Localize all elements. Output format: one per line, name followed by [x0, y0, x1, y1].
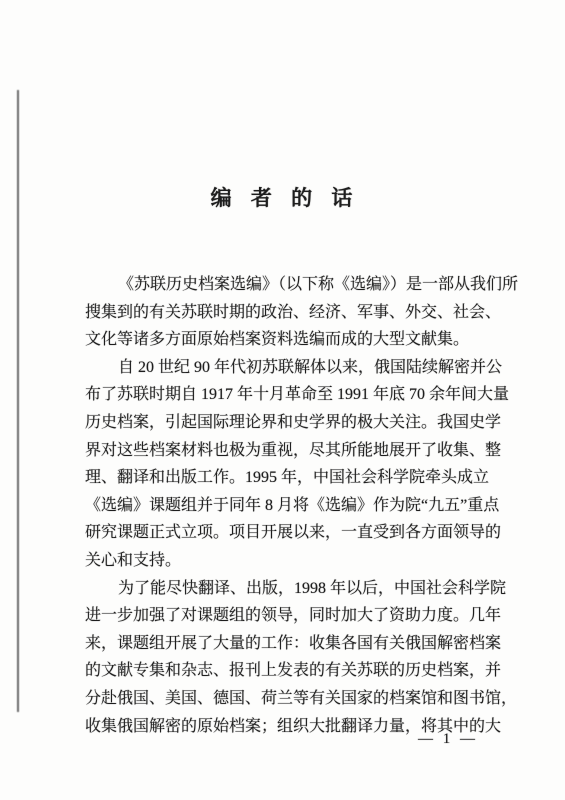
page-title: 编 者 的 话	[85, 182, 485, 212]
text-line: 自 20 世纪 90 年代初苏联解体以来，俄国陆续解密并公	[85, 354, 486, 382]
text-line: 理、翻译和出版工作。1995 年，中国社会科学院牵头成立	[85, 464, 486, 492]
book-page: 编 者 的 话 《苏联历史档案选编》（以下称《选编》）是一部从我们所搜集到的有关…	[0, 0, 565, 800]
text-line: 分赴俄国、美国、德国、荷兰等有关国家的档案馆和图书馆，	[85, 685, 486, 713]
text-line: 关心和支持。	[85, 547, 486, 575]
text-line: 研究课题正式立项。项目开展以来，一直受到各方面领导的	[85, 519, 486, 547]
text-line: 的文献专集和杂志、报刊上发表的有关苏联的历史档案，并	[85, 657, 486, 685]
text-line: 为了能尽快翻译、出版，1998 年以后，中国社会科学院	[85, 575, 486, 603]
body-text: 《苏联历史档案选编》（以下称《选编》）是一部从我们所搜集到的有关苏联时期的政治、…	[85, 271, 486, 740]
text-line: 《选编》课题组并于同年 8 月将《选编》作为院“九五”重点	[85, 492, 486, 520]
text-line: 布了苏联时期自 1917 年十月革命至 1991 年底 70 余年间大量	[85, 381, 486, 409]
text-line: 进一步加强了对课题组的领导，同时加大了资助力度。几年	[85, 602, 486, 630]
page-number: — 1 —	[85, 731, 478, 748]
text-line: 文化等诸多方面原始档案资料选编而成的大型文献集。	[85, 326, 486, 354]
text-line: 搜集到的有关苏联时期的政治、经济、军事、外交、社会、	[85, 299, 486, 327]
text-line: 来，课题组开展了大量的工作：收集各国有关俄国解密档案	[85, 630, 486, 658]
text-line: 界对这些档案材料也极为重视，尽其所能地展开了收集、整	[85, 437, 486, 465]
page-binding-edge-line	[17, 90, 19, 712]
text-line: 《苏联历史档案选编》（以下称《选编》）是一部从我们所	[85, 271, 486, 299]
text-line: 历史档案，引起国际理论界和史学界的极大关注。我国史学	[85, 409, 486, 437]
